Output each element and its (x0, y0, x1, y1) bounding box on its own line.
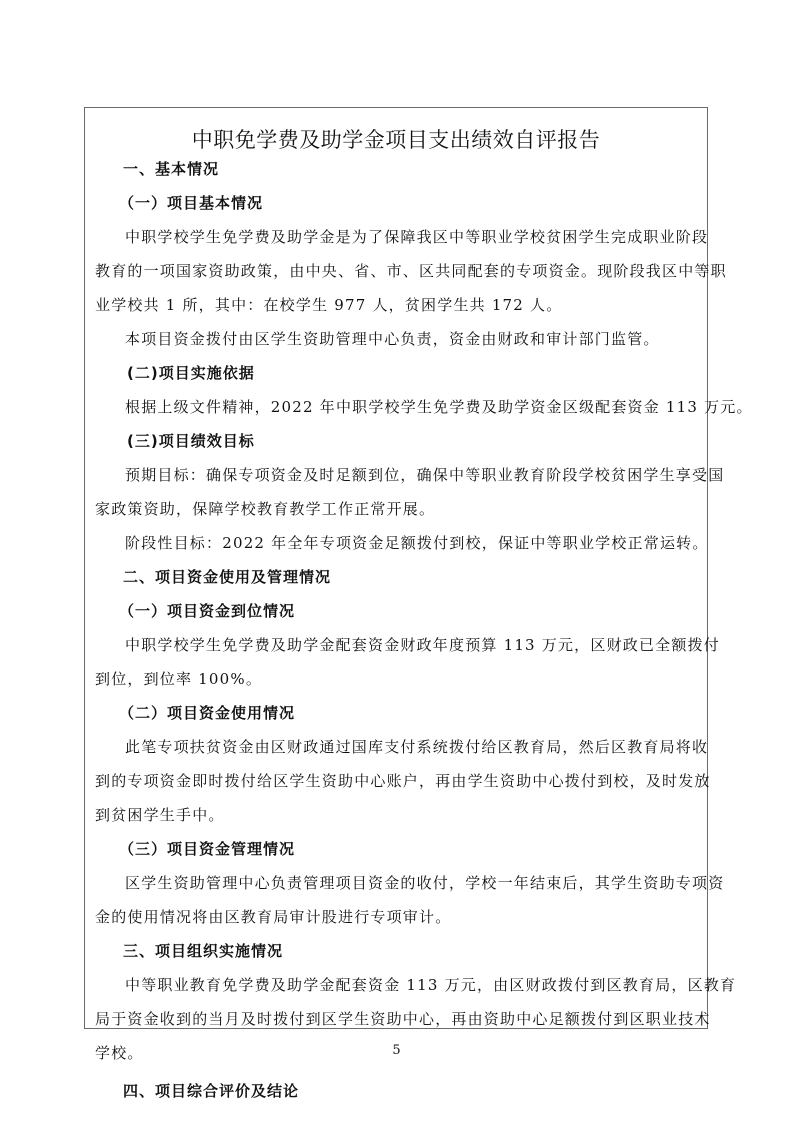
paragraph-line: 区学生资助管理中心负责管理项目资金的收付，学校一年结束后，其学生资助专项资 (95, 872, 707, 893)
report-frame: 中职免学费及助学金项目支出绩效自评报告 一、基本情况（一）项目基本情况中职学校学… (84, 107, 708, 1029)
section-heading: （一）项目资金到位情况 (119, 600, 707, 621)
paragraph-line: 业学校共 1 所，其中：在校学生 977 人，贫困学生共 172 人。 (95, 294, 707, 315)
paragraph-line: 中职学校学生免学费及助学金配套资金财政年度预算 113 万元，区财政已全额拨付 (95, 634, 707, 655)
paragraph-line: 到位，到位率 100%。 (95, 668, 707, 689)
page-number: 5 (0, 1043, 793, 1058)
section-heading: 三、项目组织实施情况 (123, 940, 707, 961)
section-heading: 四、项目综合评价及结论 (123, 1080, 707, 1101)
paragraph-line: 金的使用情况将由区教育局审计股进行专项审计。 (95, 906, 707, 927)
paragraph-line: 家政策资助，保障学校教育教学工作正常开展。 (95, 498, 707, 519)
paragraph-line: 阶段性目标：2022 年全年专项资金足额拨付到校，保证中等职业学校正常运转。 (95, 532, 707, 553)
paragraph-line: 教育的一项国家资助政策，由中央、省、市、区共同配套的专项资金。现阶段我区中等职 (95, 260, 707, 281)
report-title: 中职免学费及助学金项目支出绩效自评报告 (85, 124, 707, 154)
paragraph-line: 到的专项资金即时拨付给区学生资助中心账户，再由学生资助中心拨付到校，及时发放 (95, 770, 707, 791)
paragraph-line: 到贫困学生手中。 (95, 804, 707, 825)
section-heading: （三）项目资金管理情况 (119, 838, 707, 859)
paragraph-line: 此笔专项扶贫资金由区财政通过国库支付系统拨付给区教育局，然后区教育局将收 (95, 736, 707, 757)
section-heading: 二、项目资金使用及管理情况 (123, 566, 707, 587)
section-heading: 一、基本情况 (123, 158, 707, 179)
section-heading: (三)项目绩效目标 (127, 430, 707, 451)
paragraph-line: 预期目标：确保专项资金及时足额到位，确保中等职业教育阶段学校贫困学生享受国 (95, 464, 707, 485)
section-heading: （二）项目资金使用情况 (119, 702, 707, 723)
paragraph-line: 根据上级文件精神，2022 年中职学校学生免学费及助学资金区级配套资金 113 … (95, 396, 707, 417)
section-heading: (二)项目实施依据 (127, 362, 707, 383)
section-heading: （一）项目基本情况 (119, 192, 707, 213)
paragraph-line: 本项目资金拨付由区学生资助管理中心负责，资金由财政和审计部门监管。 (95, 328, 707, 349)
paragraph-line: 局于资金收到的当月及时拨付到区学生资助中心，再由资助中心足额拨付到区职业技术 (95, 1008, 707, 1029)
paragraph-line: 中职学校学生免学费及助学金是为了保障我区中等职业学校贫困学生完成职业阶段 (95, 226, 707, 247)
paragraph-line: 中等职业教育免学费及助学金配套资金 113 万元，由区财政拨付到区教育局，区教育 (95, 974, 707, 995)
